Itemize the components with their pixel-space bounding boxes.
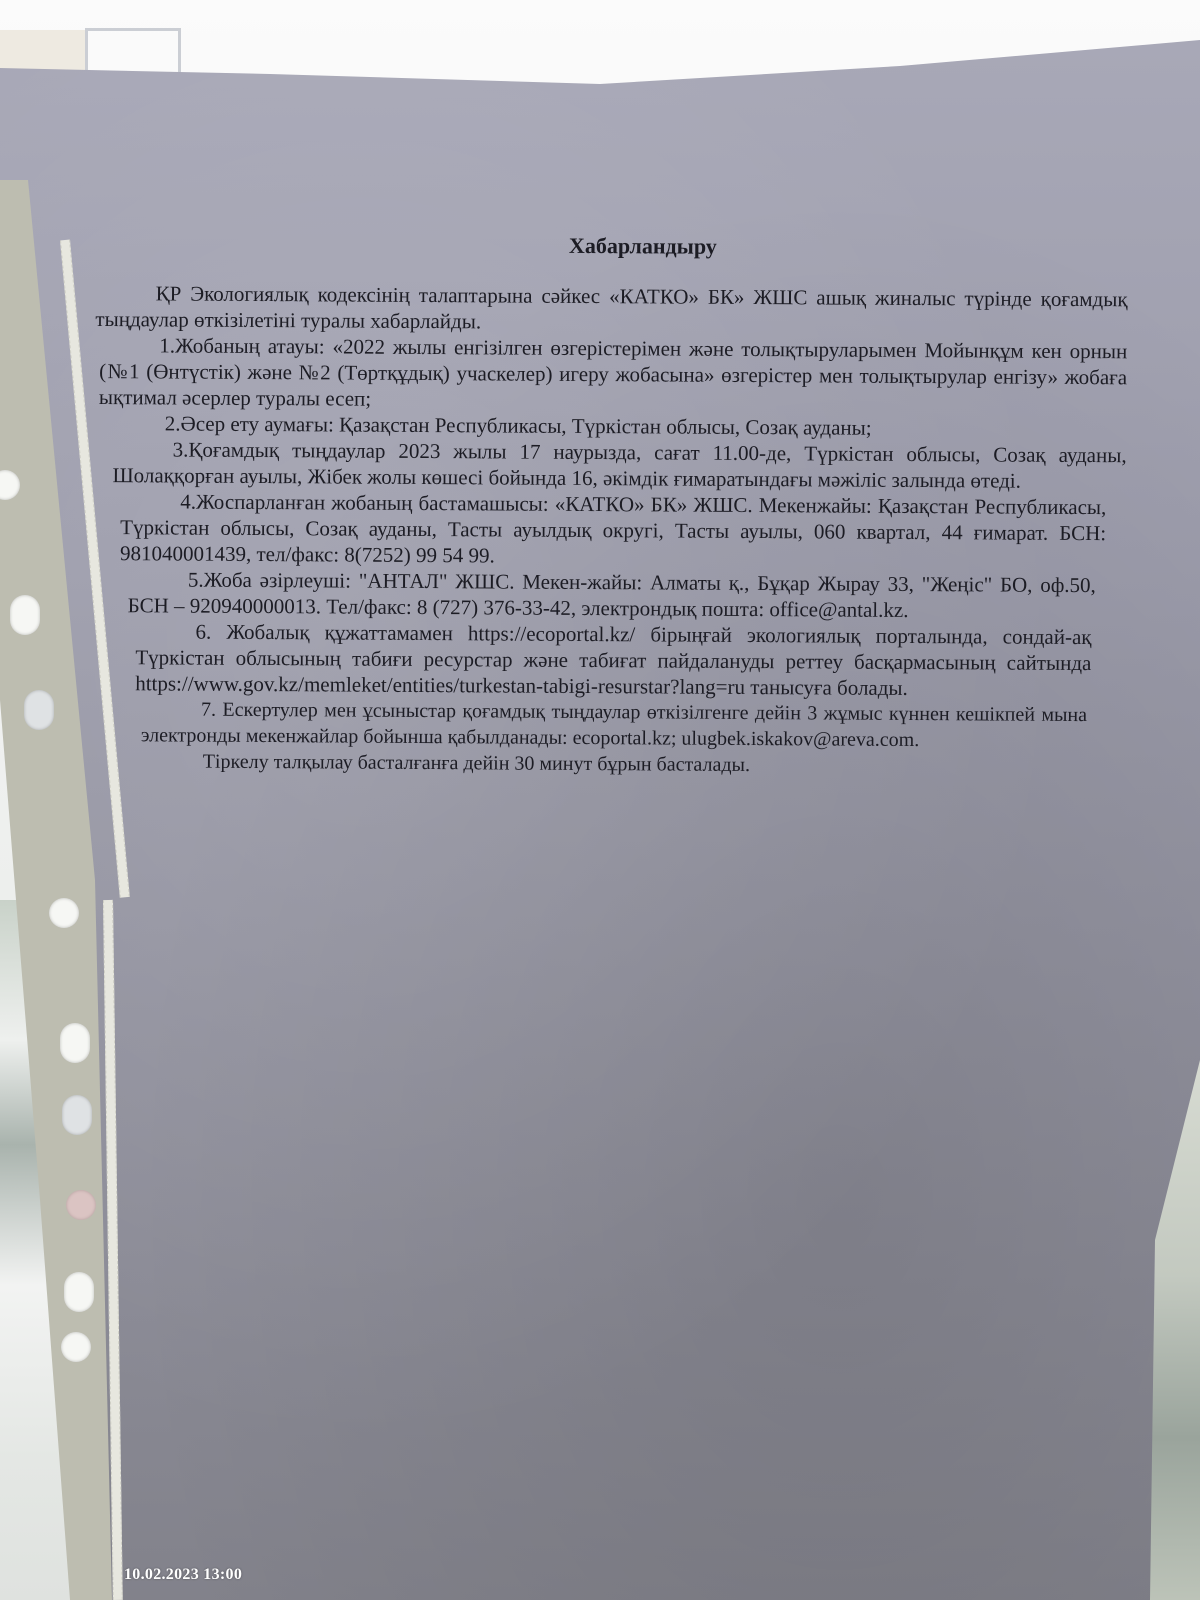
notice-item-1: 1.Жобаның атауы: «2022 жылы енгізілген ө…	[99, 332, 1127, 416]
photo-timestamp: 10.02.2023 13:00	[124, 1566, 242, 1584]
sleeve-hole	[61, 1332, 91, 1362]
sleeve-hole	[24, 690, 54, 730]
notice-item-4: 4.Жоспарланған жобаның бастамашысы: «КАТ…	[120, 488, 1106, 572]
sleeve-hole	[49, 898, 79, 928]
sleeve-hole	[60, 1023, 90, 1063]
background-snow-left	[0, 900, 70, 1600]
notice-item-3: 3.Қоғамдық тыңдаулар 2023 жылы 17 наурыз…	[112, 436, 1126, 494]
sleeve-hole	[62, 1095, 92, 1135]
sleeve-hole	[64, 1272, 94, 1312]
notice-title: Хабарландыру	[158, 230, 1128, 262]
sleeve-hole	[66, 1190, 96, 1220]
sleeve-hole	[10, 595, 40, 635]
notice-item-5: 5.Жоба әзірлеуші: "АНТАЛ" ЖШС. Мекен-жай…	[128, 566, 1096, 624]
notice-intro: ҚР Экологиялық кодексінің талаптарына сә…	[95, 280, 1127, 338]
sleeve-hole	[0, 470, 20, 500]
background-wall	[0, 30, 85, 70]
notice-item-7: 7. Ескертулер мен ұсыныстар қоғамдық тың…	[141, 696, 1087, 754]
notice-document: Хабарландыру ҚР Экологиялық кодексінің т…	[93, 230, 1128, 780]
notice-item-6: 6. Жобалық құжаттамамен https://ecoporta…	[135, 618, 1091, 702]
